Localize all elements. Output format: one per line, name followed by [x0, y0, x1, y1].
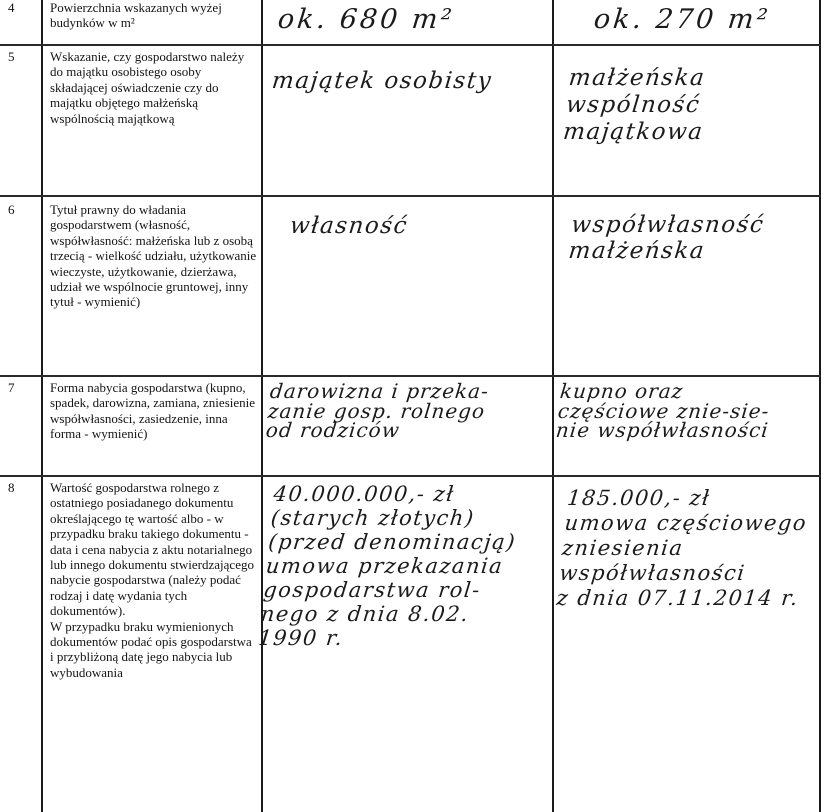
row-number: 5	[8, 49, 15, 64]
declaration-form-page: 4 Powierzchnia wskazanych wyżej budynków…	[0, 0, 827, 812]
row-label: Forma nabycia gospodarstwa (kupno, spade…	[50, 380, 258, 442]
row-label: Wskazanie, czy gospodarstwo należy do ma…	[50, 49, 258, 126]
table-row-4: 4 Powierzchnia wskazanych wyżej budynków…	[0, 0, 821, 44]
table-row-6: 6 Tytuł prawny do władania gospodarstwem…	[0, 196, 821, 375]
handwritten-entry-col1: ok. 680 m²	[276, 4, 456, 36]
handwritten-entry-col2: małżeńska wspólność majątkowa	[562, 65, 711, 146]
handwritten-entry-col2: 185.000,- zł umowa częściowego zniesieni…	[555, 486, 811, 611]
row-label: Powierzchnia wskazanych wyżej budynków w…	[50, 0, 258, 31]
row-label-text: Powierzchnia wskazanych wyżej budynków w…	[50, 0, 222, 30]
row-label: Wartość gospodarstwa rolnego z ostatnieg…	[50, 480, 258, 680]
table-row-5: 5 Wskazanie, czy gospodarstwo należy do …	[0, 45, 821, 195]
handwritten-entry-col1: 40.000.000,- zł (starych złotych) (przed…	[257, 482, 522, 650]
handwritten-entry-col2: współwłasność małżeńska	[567, 212, 765, 264]
handwritten-entry-col1: darowizna i przeka- zanie gosp. rolnego …	[265, 382, 490, 441]
handwritten-entry-col2: kupno oraz częściowe znie-sie- nie współ…	[555, 382, 774, 441]
handwritten-entry-col1: majątek osobisty	[271, 69, 494, 93]
table-row-7: 7 Forma nabycia gospodarstwa (kupno, spa…	[0, 376, 821, 475]
table-row-8: 8 Wartość gospodarstwa rolnego z ostatni…	[0, 476, 821, 812]
handwritten-entry-col2: ok. 270 m²	[592, 4, 772, 36]
row-number: 8	[8, 480, 15, 495]
handwritten-entry-col1: własność	[289, 214, 410, 238]
row-number: 4	[8, 0, 15, 15]
row-number: 6	[8, 202, 15, 217]
row-label: Tytuł prawny do władania gospodarstwem (…	[50, 202, 258, 310]
row-number: 7	[8, 380, 15, 395]
